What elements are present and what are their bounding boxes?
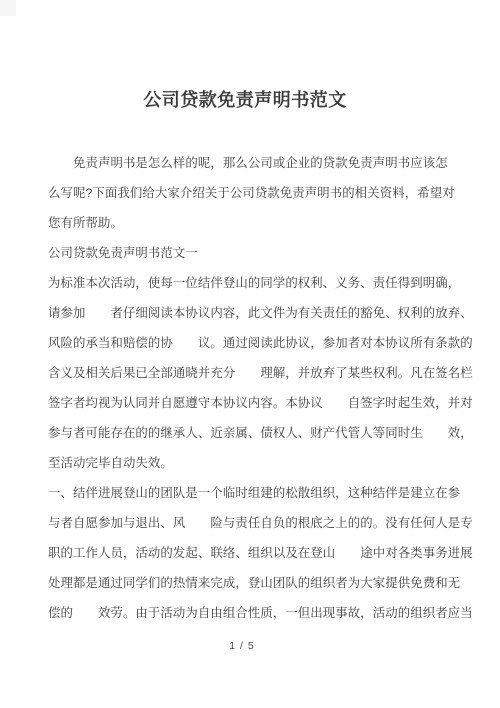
- text-line: 至活动完毕自动失效。: [48, 448, 478, 478]
- scan-corner-artifact: [0, 0, 16, 16]
- text-line: 一、结伴进展登山的团队是一个临时组建的松散组织，这种结伴是建立在参: [48, 478, 478, 508]
- text-line: 么写呢?下面我们给大家介绍关于公司贷款免责声明书的相关资料，希望对: [48, 178, 478, 208]
- text-line: 职的工作人员，活动的发起、联络、组织以及在登山 途中对各类事务进展: [48, 538, 478, 568]
- text-line: 参与者可能存在的的继承人、近亲属、债权人、财产代管人等同时生 效，: [48, 418, 478, 448]
- text-line: 含义及相关后果已全部通晓并充分 理解，并放弃了某些权利。凡在签名栏: [48, 358, 478, 388]
- text-line: 您有所帮助。: [48, 208, 478, 238]
- text-line: 请参加 者仔细阅读本协议内容，此文件为有关责任的豁免、权利的放弃、: [48, 298, 478, 328]
- text-line: 与者自愿参加与退出、风 险与责任自负的根底之上的的。没有任何人是专: [48, 508, 478, 538]
- text-line: 风险的承当和赔偿的协 议。通过阅读此协议，参加者对本协议所有条款的: [48, 328, 478, 358]
- text-line: 为标准本次活动，使每一位结伴登山的同学的权利、义务、责任得到明确，: [48, 268, 478, 298]
- text-line: 公司贷款免责声明书范文一: [48, 238, 478, 268]
- document-body: 免责声明书是怎么样的呢，那么公司或企业的贷款免责声明书应该怎么写呢?下面我们给大…: [48, 148, 478, 628]
- page-number-indicator: 1 / 5: [0, 640, 484, 652]
- document-page: 公司贷款免责声明书范文 免责声明书是怎么样的呢，那么公司或企业的贷款免责声明书应…: [0, 0, 500, 708]
- text-line: 签字者均视为认同并自愿遵守本协议内容。本协议 自签字时起生效，并对: [48, 388, 478, 418]
- document-title: 公司贷款免责声明书范文: [0, 86, 490, 112]
- text-line: 处理都是通过同学们的热情来完成，登山团队的组织者为大家提供免费和无: [48, 568, 478, 598]
- text-line: 偿的 效劳。由于活动为自由组合性质，一但出现事故，活动的组织者应当: [48, 598, 478, 628]
- text-line: 免责声明书是怎么样的呢，那么公司或企业的贷款免责声明书应该怎: [48, 148, 478, 178]
